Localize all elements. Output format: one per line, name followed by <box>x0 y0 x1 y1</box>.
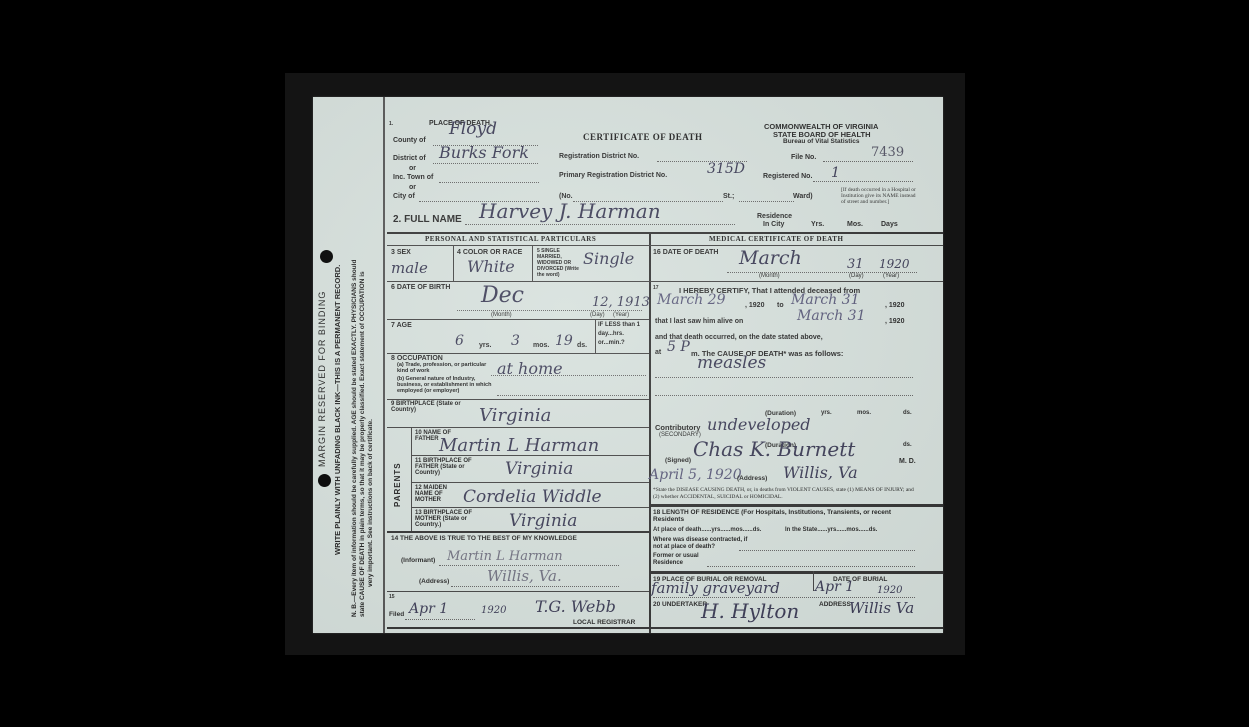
divider <box>649 504 943 507</box>
divider <box>595 319 596 353</box>
signed-date: April 5, 1920 <box>649 467 742 483</box>
residence-label: Residence <box>757 213 792 220</box>
occupation-line <box>497 395 647 396</box>
informant-address-label: (Address) <box>419 578 449 585</box>
cause-line <box>655 377 913 378</box>
days-label: Days <box>881 221 898 228</box>
ward-label: Ward) <box>793 193 813 200</box>
burial-line <box>653 597 915 598</box>
day-hint: (Day) <box>849 273 864 279</box>
margin-instruction-nb-3: very important. See instructions on back… <box>367 419 374 587</box>
contributory-label: Contributory <box>655 423 700 432</box>
certificate-title: CERTIFICATE OF DEATH <box>583 132 703 142</box>
time-of-death: 5 P <box>667 339 690 355</box>
file-no-line <box>823 161 913 162</box>
binding-hole-bottom <box>318 474 331 487</box>
filed-year: 1920 <box>481 605 506 616</box>
father-birthplace-value: Virginia <box>505 459 573 479</box>
divider <box>411 507 649 508</box>
full-name-line <box>465 224 735 225</box>
st-label: St.; <box>723 193 734 200</box>
agency-bureau: Bureau of Vital Statistics <box>783 138 859 145</box>
birthplace-value: Virginia <box>479 405 551 426</box>
burial-date-value: Apr 1 <box>815 579 854 595</box>
dob-day-year: 12, 1913 <box>592 295 650 310</box>
mother-birthplace-value: Virginia <box>509 511 577 531</box>
town-label: Inc. Town of <box>393 174 433 181</box>
physician-address-value: Willis, Va <box>783 463 858 482</box>
last-saw-label: that I last saw him alive on <box>655 318 743 325</box>
cause-line <box>655 395 913 396</box>
registered-no-label: Registered No. <box>763 173 812 180</box>
district-value: Burks Fork <box>439 143 529 162</box>
physician-address-label: (Address) <box>737 475 767 482</box>
divider <box>387 353 649 354</box>
color-value: White <box>467 257 515 276</box>
date-of-death-day: 31 <box>847 257 864 272</box>
file-no-label: File No. <box>791 154 816 161</box>
divider <box>387 319 649 320</box>
primary-registration-value: 315D <box>707 161 745 177</box>
attended-to-year: , 1920 <box>885 302 904 309</box>
dob-line <box>457 310 642 311</box>
former-residence-label: Former or usual Residence <box>653 553 713 567</box>
divider <box>649 281 943 282</box>
informant-address-value: Willis, Va. <box>487 567 562 585</box>
personal-heading: PERSONAL AND STATISTICAL PARTICULARS <box>425 235 596 243</box>
burial-place-value: family graveyard <box>651 579 780 597</box>
marital-label: 5 SINGLE MARRIED, WIDOWED OR DIVORCED (W… <box>537 248 579 278</box>
in-the-state: In the State......yrs......mos......ds. <box>785 527 877 533</box>
md-label: M. D. <box>899 458 916 465</box>
at-label: at <box>655 349 661 356</box>
color-label: 4 COLOR OR RACE <box>457 249 522 256</box>
or-text: or <box>409 165 416 172</box>
divider <box>649 571 943 574</box>
local-registrar-label: LOCAL REGISTRAR <box>573 619 635 626</box>
true-statement-label: 14 THE ABOVE IS TRUE TO THE BEST OF MY K… <box>391 535 577 542</box>
death-certificate: MARGIN RESERVED FOR BINDING WRITE PLAINL… <box>313 97 943 633</box>
town-line <box>439 182 539 183</box>
yrs-label: yrs. <box>479 342 491 349</box>
mother-value: Cordelia Widdle <box>463 487 602 507</box>
divider <box>387 531 649 533</box>
marital-value: Single <box>583 249 634 268</box>
registration-district-label: Registration District No. <box>559 153 639 160</box>
city-label: City of <box>393 193 415 200</box>
ds-label: ds. <box>903 442 912 448</box>
day-hint: (Day) <box>590 312 605 318</box>
parents-label: PARENTS <box>393 462 402 507</box>
registered-no-value: 1 <box>831 165 840 181</box>
divider <box>387 591 649 592</box>
signed-label: (Signed) <box>665 457 691 464</box>
month-hint: (Month) <box>491 312 512 318</box>
cause-footnote: *State the DISEASE CAUSING DEATH, or, in… <box>653 487 915 501</box>
to-label: to <box>777 302 784 309</box>
mos-label: Mos. <box>847 221 863 228</box>
yrs-label: yrs. <box>821 410 832 416</box>
ds-label: ds. <box>577 342 587 349</box>
margin-instruction-nb-2: state CAUSE OF DEATH in plain terms, so … <box>359 271 366 617</box>
sex-label: 3 SEX <box>391 249 411 256</box>
informant-label: (Informant) <box>401 557 435 564</box>
ward-line <box>739 201 794 202</box>
month-hint: (Month) <box>759 273 780 279</box>
ds-label: ds. <box>903 410 912 416</box>
occupation-line <box>491 375 646 376</box>
year-hint: (Year) <box>883 273 899 279</box>
divider <box>411 455 649 456</box>
full-name-label: 2. FULL NAME <box>393 214 462 225</box>
in-city-label: In City <box>763 221 784 228</box>
divider <box>453 245 454 281</box>
county-value: Floyd <box>449 119 497 139</box>
undertaker-address-value: Willis Va <box>849 599 914 617</box>
mother-label: 12 MAIDEN NAME OF MOTHER <box>415 485 465 503</box>
district-label: District of <box>393 155 426 162</box>
last-saw-year: , 1920 <box>885 318 904 325</box>
occupation-label: 8 OCCUPATION <box>391 355 443 362</box>
father-value: Martin L Harman <box>439 435 599 456</box>
occupation-b-label: (b) General nature of Industry, business… <box>397 376 497 394</box>
full-name-value: Harvey J. Harman <box>479 199 661 223</box>
attended-from-year: , 1920 <box>745 302 764 309</box>
last-saw-date: March 31 <box>797 308 866 324</box>
divider <box>387 427 649 428</box>
filed-label: Filed <box>389 611 404 618</box>
undertaker-label: 20 UNDERTAKER <box>653 601 707 608</box>
mos-label: mos. <box>857 410 871 416</box>
section-number-15: 15 <box>389 594 395 600</box>
informant-value: Martin L Harman <box>447 549 563 564</box>
age-days: 19 <box>555 333 573 349</box>
registered-no-line <box>813 181 913 182</box>
or-text: or <box>409 184 416 191</box>
father-birthplace-label: 11 BIRTHPLACE OF FATHER (State or Countr… <box>415 458 475 476</box>
divider <box>411 482 649 483</box>
binding-hole-top <box>320 250 333 263</box>
divider <box>387 232 943 234</box>
undertaker-value: H. Hylton <box>701 599 799 623</box>
dob-label: 6 DATE OF BIRTH <box>391 284 450 291</box>
divider <box>387 245 649 246</box>
attended-from-date: March 29 <box>657 292 726 308</box>
physician-signature: Chas K. Burnett <box>693 437 855 461</box>
medical-heading: MEDICAL CERTIFICATE OF DEATH <box>709 235 843 243</box>
informant-address-line <box>451 586 619 587</box>
file-no-value: 7439 <box>871 145 904 160</box>
date-of-death-year: 1920 <box>879 257 910 271</box>
divider <box>411 427 412 531</box>
county-label: County of <box>393 137 426 144</box>
mos-label: mos. <box>533 342 549 349</box>
primary-registration-label: Primary Registration District No. <box>559 172 667 179</box>
birthplace-label: 9 BIRTHPLACE (State or Country) <box>391 401 471 413</box>
occupation-a-label: (a) Trade, profession, or particular kin… <box>397 362 492 374</box>
registrar-signature: T.G. Webb <box>535 597 616 616</box>
age-months: 3 <box>511 333 520 349</box>
contracted-line <box>739 550 915 551</box>
binding-margin: MARGIN RESERVED FOR BINDING WRITE PLAINL… <box>313 97 385 633</box>
filed-date: Apr 1 <box>409 601 448 617</box>
contributory-value: undeveloped <box>707 415 811 434</box>
yrs-label: Yrs. <box>811 221 824 228</box>
margin-reserved-text: MARGIN RESERVED FOR BINDING <box>317 291 327 467</box>
informant-line <box>439 565 619 566</box>
sex-value: male <box>391 259 428 277</box>
undertaker-address-label: ADDRESS <box>819 601 851 608</box>
divider <box>649 245 943 246</box>
date-of-death-label: 16 DATE OF DEATH <box>653 249 718 256</box>
age-label: 7 AGE <box>391 322 412 329</box>
divider <box>532 245 533 281</box>
at-place-of-death: At place of death......yrs......mos.....… <box>653 527 761 533</box>
divider <box>813 571 814 591</box>
hospital-note: [If death occurred in a Hospital or Inst… <box>841 187 916 205</box>
year-hint: (Year) <box>613 312 629 318</box>
divider <box>387 399 649 400</box>
bottom-border <box>387 627 943 629</box>
former-residence-line <box>707 566 915 567</box>
disease-contracted-label: Where was disease contracted, if not at … <box>653 537 753 551</box>
cause-of-death-value: measles <box>697 353 766 373</box>
less-than-day-label: IF LESS than 1 day...hrs. or...min.? <box>598 321 648 348</box>
burial-year-value: 1920 <box>877 585 902 596</box>
dob-month: Dec <box>481 283 524 308</box>
certificate-form: 1. PLACE OF DEATH. County of Floyd Distr… <box>387 97 943 633</box>
attended-to-date: March 31 <box>791 292 860 308</box>
filed-line <box>405 619 475 620</box>
length-of-residence-label: 18 LENGTH OF RESIDENCE (For Hospitals, I… <box>653 509 915 523</box>
margin-instruction-nb-1: N. B.—Every item of information should b… <box>351 260 358 617</box>
date-of-death-month: March <box>739 247 802 269</box>
district-line <box>433 163 538 164</box>
section-number-17: 17 <box>653 285 659 291</box>
mother-birthplace-label: 13 BIRTHPLACE OF MOTHER (State or Countr… <box>415 510 475 528</box>
section-number-1: 1. <box>389 121 393 127</box>
margin-instruction-ink: WRITE PLAINLY WITH UNFADING BLACK INK—TH… <box>333 265 342 555</box>
age-years: 6 <box>455 333 464 349</box>
divider <box>387 281 649 282</box>
